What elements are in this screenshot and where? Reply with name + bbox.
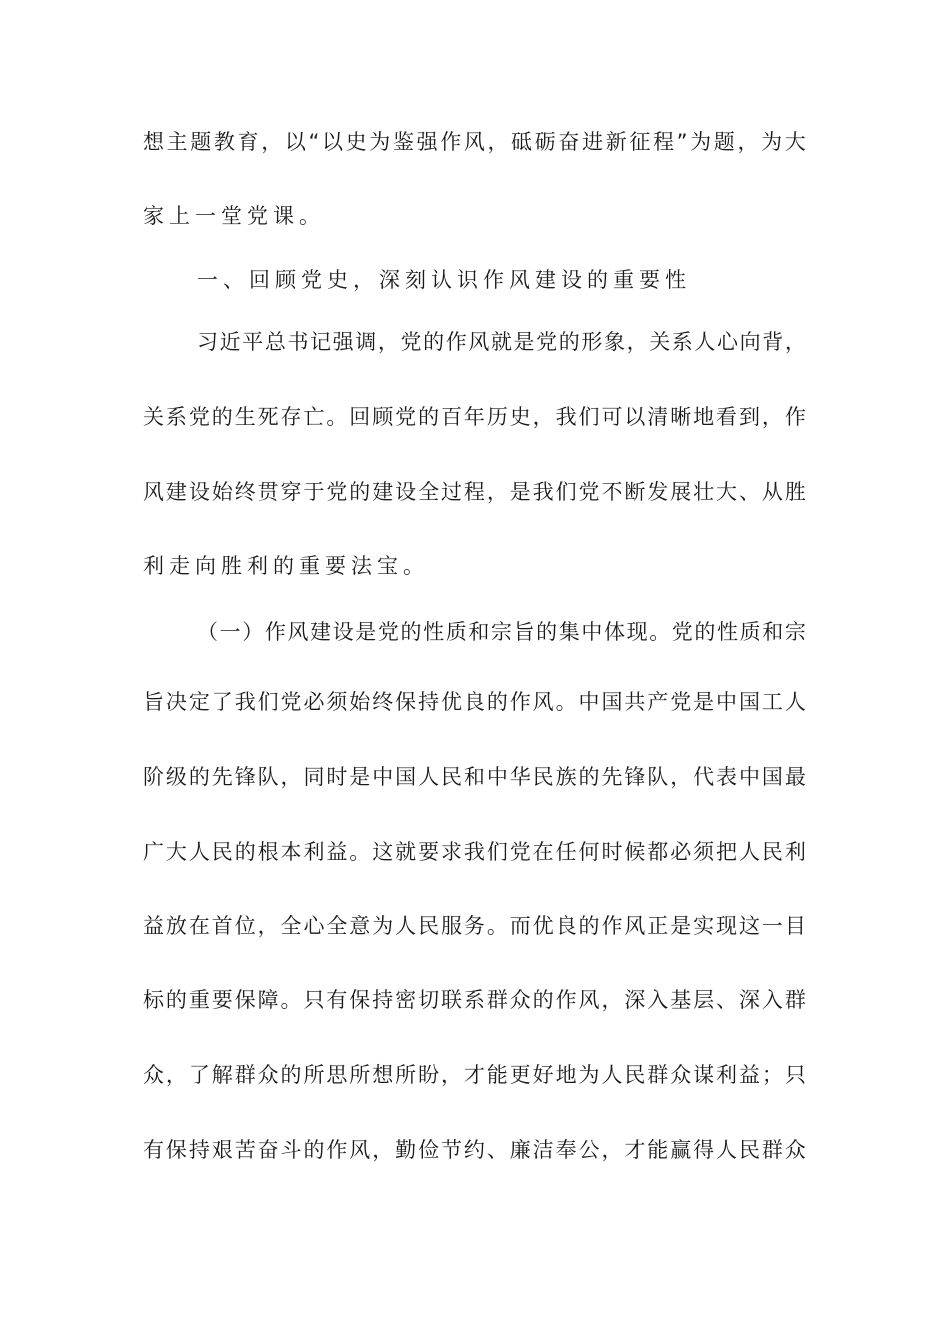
glyph: 好 bbox=[533, 1060, 554, 1090]
glyph: 才 bbox=[464, 1060, 485, 1090]
glyph: 作 bbox=[440, 127, 461, 157]
glyph: 任 bbox=[556, 837, 577, 867]
glyph: 重 bbox=[189, 985, 210, 1015]
line-text: 习近平总书记强调，党的作风就是党的形象，关系人心向背， bbox=[197, 327, 806, 357]
glyph: 保 bbox=[235, 985, 256, 1015]
glyph: 胜 bbox=[785, 477, 806, 507]
glyph: 党 bbox=[395, 402, 416, 432]
glyph: 共 bbox=[624, 687, 645, 717]
glyph: 根 bbox=[258, 837, 279, 867]
glyph: 全 bbox=[418, 477, 439, 507]
glyph: 众 bbox=[510, 985, 531, 1015]
glyph: 。 bbox=[326, 402, 347, 432]
glyph: 众 bbox=[785, 1135, 806, 1165]
glyph: 位 bbox=[235, 911, 256, 941]
glyph: 为 bbox=[579, 1060, 600, 1090]
glyph: 能 bbox=[647, 1135, 668, 1165]
glyph: 优 bbox=[533, 911, 554, 941]
glyph: 想 bbox=[143, 127, 164, 157]
glyph: 是 bbox=[693, 687, 714, 717]
glyph: 党 bbox=[189, 402, 210, 432]
glyph: 务 bbox=[464, 911, 485, 941]
glyph: 建 bbox=[166, 477, 187, 507]
glyph: 全 bbox=[281, 911, 302, 941]
glyph: 级 bbox=[166, 762, 187, 792]
glyph: 人 bbox=[418, 762, 439, 792]
paragraph-line: 习近平总书记强调，党的作风就是党的形象，关系人心向背， bbox=[197, 327, 806, 357]
line-text: 益放在首位，全心全意为人民服务。而优良的作风正是实现这一目 bbox=[143, 911, 806, 941]
glyph: 以 bbox=[322, 127, 343, 157]
glyph: 俭 bbox=[418, 1135, 439, 1165]
glyph: ， bbox=[441, 1060, 462, 1090]
glyph: 大 bbox=[785, 127, 806, 157]
glyph: 先 bbox=[212, 762, 233, 792]
glyph: ， bbox=[261, 127, 282, 157]
glyph: 勤 bbox=[395, 1135, 416, 1165]
glyph: ， bbox=[372, 1135, 393, 1165]
glyph: “ bbox=[308, 127, 319, 157]
glyph: 华 bbox=[510, 762, 531, 792]
glyph: ， bbox=[258, 911, 279, 941]
glyph: 我 bbox=[533, 477, 554, 507]
line-text: 有保持艰苦奋斗的作风，勤俭节约、廉洁奉公，才能赢得人民群众 bbox=[143, 1135, 806, 1165]
glyph: 关 bbox=[143, 402, 164, 432]
glyph: 书 bbox=[287, 327, 308, 357]
glyph: 中 bbox=[579, 687, 600, 717]
glyph: 民 bbox=[533, 762, 554, 792]
glyph: 中 bbox=[716, 687, 737, 717]
glyph: 心 bbox=[717, 327, 738, 357]
glyph: 基 bbox=[670, 985, 691, 1015]
glyph: 了 bbox=[212, 687, 233, 717]
glyph: 和 bbox=[762, 617, 783, 647]
glyph: 中 bbox=[581, 617, 602, 647]
glyph: 首 bbox=[212, 911, 233, 941]
glyph: 实 bbox=[693, 911, 714, 941]
glyph: 性 bbox=[717, 617, 738, 647]
paragraph-line: 旨决定了我们党必须始终保持优良的作风。中国共产党是中国工人 bbox=[143, 687, 806, 717]
glyph: 所 bbox=[395, 1060, 416, 1090]
glyph: 决 bbox=[166, 687, 187, 717]
glyph: 族 bbox=[556, 762, 577, 792]
document-page: 想主题教育，以“以史为鉴强作风，砥砺奋进新征程”为题，为大 家上一堂党课。 一、… bbox=[0, 0, 950, 1344]
glyph: 不 bbox=[601, 477, 622, 507]
glyph: 。 bbox=[556, 687, 577, 717]
glyph: 百 bbox=[441, 402, 462, 432]
glyph: 背 bbox=[762, 327, 783, 357]
glyph: 定 bbox=[189, 687, 210, 717]
glyph: 作 bbox=[326, 1135, 347, 1165]
glyph: 才 bbox=[624, 1135, 645, 1165]
glyph: 史 bbox=[346, 127, 367, 157]
glyph: 史 bbox=[510, 402, 531, 432]
glyph: 时 bbox=[601, 837, 622, 867]
glyph: 层 bbox=[693, 985, 714, 1015]
glyph: ， bbox=[601, 985, 622, 1015]
glyph: 在 bbox=[189, 911, 210, 941]
glyph: 党 bbox=[281, 687, 302, 717]
glyph: 思 bbox=[326, 1060, 347, 1090]
glyph: 大 bbox=[716, 477, 737, 507]
glyph: 人 bbox=[189, 837, 210, 867]
glyph: 是 bbox=[349, 762, 370, 792]
glyph: ， bbox=[627, 327, 648, 357]
glyph: 谋 bbox=[693, 1060, 714, 1090]
glyph: 时 bbox=[326, 762, 347, 792]
glyph: ， bbox=[785, 327, 806, 357]
glyph: 何 bbox=[579, 837, 600, 867]
glyph: 的 bbox=[281, 1060, 302, 1090]
glyph: 于 bbox=[303, 477, 324, 507]
glyph: 教 bbox=[214, 127, 235, 157]
paragraph-line: 想主题教育，以“以史为鉴强作风，砥砺奋进新征程”为题，为大 bbox=[143, 127, 806, 157]
glyph: 的 bbox=[579, 911, 600, 941]
glyph: 的 bbox=[423, 327, 444, 357]
glyph: 展 bbox=[670, 477, 691, 507]
glyph: 民 bbox=[212, 837, 233, 867]
glyph: 到 bbox=[739, 402, 760, 432]
glyph: 深 bbox=[624, 985, 645, 1015]
glyph: 我 bbox=[556, 402, 577, 432]
glyph: 中 bbox=[487, 762, 508, 792]
glyph: 保 bbox=[349, 985, 370, 1015]
glyph: 穿 bbox=[281, 477, 302, 507]
glyph: 主 bbox=[167, 127, 188, 157]
glyph: 以 bbox=[285, 127, 306, 157]
glyph: 心 bbox=[303, 911, 324, 941]
glyph: 必 bbox=[670, 837, 691, 867]
glyph: 奋 bbox=[558, 127, 579, 157]
glyph: 的 bbox=[559, 327, 580, 357]
glyph: 广 bbox=[143, 837, 164, 867]
glyph: 持 bbox=[372, 985, 393, 1015]
glyph: 风 bbox=[533, 687, 554, 717]
glyph: 风 bbox=[349, 1135, 370, 1165]
glyph: 都 bbox=[647, 837, 668, 867]
line-text: 众，了解群众的所思所想所盼，才能更好地为人民群众谋利益；只 bbox=[143, 1060, 806, 1090]
glyph: 强 bbox=[333, 327, 354, 357]
glyph: 体 bbox=[604, 617, 625, 647]
glyph: 想 bbox=[372, 1060, 393, 1090]
glyph: 地 bbox=[693, 402, 714, 432]
glyph: 更 bbox=[510, 1060, 531, 1090]
glyph: 联 bbox=[441, 985, 462, 1015]
glyph: 、 bbox=[716, 985, 737, 1015]
glyph: 宗 bbox=[785, 617, 806, 647]
glyph: 发 bbox=[647, 477, 668, 507]
glyph: 锋 bbox=[235, 762, 256, 792]
glyph: 程 bbox=[464, 477, 485, 507]
glyph: 全 bbox=[326, 911, 347, 941]
glyph: 党 bbox=[510, 837, 531, 867]
glyph: 众 bbox=[258, 1060, 279, 1090]
glyph: 质 bbox=[446, 617, 467, 647]
glyph: 是 bbox=[514, 327, 535, 357]
glyph: 须 bbox=[693, 837, 714, 867]
paragraph-line: 阶级的先锋队，同时是中国人民和中华民族的先锋队，代表中国最 bbox=[143, 762, 806, 792]
glyph: 是 bbox=[670, 911, 691, 941]
glyph: 候 bbox=[624, 837, 645, 867]
glyph: 民 bbox=[762, 837, 783, 867]
glyph: 益 bbox=[143, 911, 164, 941]
glyph: 锋 bbox=[624, 762, 645, 792]
glyph: 入 bbox=[762, 985, 783, 1015]
line-text: 关系党的生死存亡。回顾党的百年历史，我们可以清晰地看到，作 bbox=[143, 402, 806, 432]
glyph: 这 bbox=[372, 837, 393, 867]
glyph: 中 bbox=[372, 762, 393, 792]
glyph: 同 bbox=[303, 762, 324, 792]
glyph: 象 bbox=[604, 327, 625, 357]
glyph: ， bbox=[601, 1135, 622, 1165]
glyph: 的 bbox=[349, 477, 370, 507]
glyph: 盼 bbox=[418, 1060, 439, 1090]
glyph: 公 bbox=[579, 1135, 600, 1165]
paragraph-line: 关系党的生死存亡。回顾党的百年历史，我们可以清晰地看到，作 bbox=[143, 402, 806, 432]
glyph: 鉴 bbox=[393, 127, 414, 157]
glyph: 这 bbox=[739, 911, 760, 941]
glyph: 意 bbox=[349, 911, 370, 941]
glyph: 放 bbox=[166, 911, 187, 941]
glyph: 近 bbox=[220, 327, 241, 357]
glyph: 国 bbox=[739, 687, 760, 717]
glyph: 终 bbox=[372, 687, 393, 717]
glyph: 习 bbox=[197, 327, 218, 357]
glyph: 产 bbox=[647, 687, 668, 717]
glyph: （ bbox=[197, 617, 218, 647]
glyph: 现 bbox=[716, 911, 737, 941]
glyph: 艰 bbox=[212, 1135, 233, 1165]
glyph: 作 bbox=[446, 327, 467, 357]
glyph: 众 bbox=[143, 1060, 164, 1090]
glyph: ， bbox=[762, 402, 783, 432]
glyph: 风 bbox=[468, 327, 489, 357]
paragraph-line: 家上一堂党课。 bbox=[143, 201, 806, 231]
glyph: 集 bbox=[559, 617, 580, 647]
glyph: 本 bbox=[281, 837, 302, 867]
glyph: ， bbox=[378, 327, 399, 357]
glyph: 人 bbox=[785, 687, 806, 717]
glyph: 只 bbox=[303, 985, 324, 1015]
glyph: 人 bbox=[395, 911, 416, 941]
glyph: 们 bbox=[487, 837, 508, 867]
glyph: 党 bbox=[378, 617, 399, 647]
glyph: 进 bbox=[582, 127, 603, 157]
glyph: 洁 bbox=[533, 1135, 554, 1165]
glyph: 和 bbox=[464, 762, 485, 792]
glyph: 、 bbox=[739, 477, 760, 507]
glyph: 题 bbox=[190, 127, 211, 157]
glyph: 看 bbox=[716, 402, 737, 432]
glyph: 大 bbox=[166, 837, 187, 867]
glyph: 有 bbox=[143, 1135, 164, 1165]
paragraph-line: 众，了解群众的所思所想所盼，才能更好地为人民群众谋利益；只 bbox=[143, 1060, 806, 1090]
glyph: 人 bbox=[694, 327, 715, 357]
glyph: 一 bbox=[220, 617, 241, 647]
glyph: 的 bbox=[418, 402, 439, 432]
glyph: 们 bbox=[258, 687, 279, 717]
glyph: 益 bbox=[739, 1060, 760, 1090]
glyph: 只 bbox=[785, 1060, 806, 1090]
glyph: 断 bbox=[624, 477, 645, 507]
glyph: 回 bbox=[349, 402, 370, 432]
glyph: 历 bbox=[487, 402, 508, 432]
paragraph-line: 广大人民的根本利益。这就要求我们党在任何时候都必须把人民利 bbox=[143, 837, 806, 867]
paragraph-line: 利走向胜利的重要法宝。 bbox=[143, 551, 806, 581]
glyph: 们 bbox=[579, 402, 600, 432]
glyph: 作 bbox=[601, 911, 622, 941]
glyph: 风 bbox=[579, 985, 600, 1015]
glyph: 了 bbox=[189, 1060, 210, 1090]
glyph: 苦 bbox=[235, 1135, 256, 1165]
glyph: 利 bbox=[785, 837, 806, 867]
glyph: 人 bbox=[739, 837, 760, 867]
glyph: 利 bbox=[303, 837, 324, 867]
glyph: 解 bbox=[212, 1060, 233, 1090]
line-text: 利走向胜利的重要法宝。 bbox=[143, 551, 429, 581]
glyph: 良 bbox=[556, 911, 577, 941]
glyph: 过 bbox=[441, 477, 462, 507]
line-text: 风建设始终贯穿于党的建设全过程，是我们党不断发展壮大、从胜 bbox=[143, 477, 806, 507]
glyph: 民 bbox=[624, 1060, 645, 1090]
glyph: 民 bbox=[441, 762, 462, 792]
glyph: 总 bbox=[265, 327, 286, 357]
glyph: 国 bbox=[395, 762, 416, 792]
line-text: 家上一堂党课。 bbox=[143, 201, 325, 231]
glyph: 把 bbox=[716, 837, 737, 867]
glyph: 求 bbox=[441, 837, 462, 867]
line-text: 想主题教育，以“以史为鉴强作风，砥砺奋进新征程”为题，为大 bbox=[143, 127, 806, 157]
glyph: 的 bbox=[235, 837, 256, 867]
glyph: 平 bbox=[242, 327, 263, 357]
glyph: 良 bbox=[464, 687, 485, 717]
glyph: 记 bbox=[310, 327, 331, 357]
glyph: 队 bbox=[258, 762, 279, 792]
glyph: 晰 bbox=[670, 402, 691, 432]
glyph: 生 bbox=[235, 402, 256, 432]
heading-text: 一、回顾党史，深刻认识作风建设的重要性 bbox=[197, 265, 691, 295]
glyph: 为 bbox=[761, 127, 782, 157]
glyph: 存 bbox=[281, 402, 302, 432]
glyph: 的 bbox=[212, 402, 233, 432]
glyph: 的 bbox=[400, 617, 421, 647]
glyph: 作 bbox=[510, 687, 531, 717]
glyph: ； bbox=[762, 1060, 783, 1090]
glyph: 为 bbox=[690, 127, 711, 157]
glyph: 党 bbox=[670, 687, 691, 717]
paragraph-line: 风建设始终贯穿于党的建设全过程，是我们党不断发展壮大、从胜 bbox=[143, 477, 806, 507]
line-text: 广大人民的根本利益。这就要求我们党在任何时候都必须把人民利 bbox=[143, 837, 806, 867]
glyph: 壮 bbox=[693, 477, 714, 507]
glyph: 的 bbox=[579, 762, 600, 792]
glyph: 群 bbox=[235, 1060, 256, 1090]
glyph: 障 bbox=[258, 985, 279, 1015]
glyph: 。 bbox=[281, 985, 302, 1015]
glyph: 深 bbox=[739, 985, 760, 1015]
glyph: 设 bbox=[333, 617, 354, 647]
glyph: 就 bbox=[395, 837, 416, 867]
glyph: 队 bbox=[647, 762, 668, 792]
glyph: 表 bbox=[716, 762, 737, 792]
glyph: 人 bbox=[716, 1135, 737, 1165]
glyph: 贯 bbox=[258, 477, 279, 507]
glyph: 我 bbox=[464, 837, 485, 867]
glyph: 我 bbox=[235, 687, 256, 717]
glyph: 是 bbox=[355, 617, 376, 647]
glyph: 利 bbox=[716, 1060, 737, 1090]
paragraph-line: 有保持艰苦奋斗的作风，勤俭节约、廉洁奉公，才能赢得人民群众 bbox=[143, 1135, 806, 1165]
glyph: 要 bbox=[212, 985, 233, 1015]
glyph: 优 bbox=[441, 687, 462, 717]
glyph: 节 bbox=[441, 1135, 462, 1165]
glyph: 征 bbox=[629, 127, 650, 157]
paragraph-line: 益放在首位，全心全意为人民服务。而优良的作风正是实现这一目 bbox=[143, 911, 806, 941]
glyph: 国 bbox=[762, 762, 783, 792]
glyph: 育 bbox=[238, 127, 259, 157]
glyph: 始 bbox=[349, 687, 370, 717]
glyph: 所 bbox=[303, 1060, 324, 1090]
glyph: 所 bbox=[349, 1060, 370, 1090]
glyph: 阶 bbox=[143, 762, 164, 792]
line-text: 标的重要保障。只有保持密切联系群众的作风，深入基层、深入群 bbox=[143, 985, 806, 1015]
glyph: 关 bbox=[649, 327, 670, 357]
glyph: 群 bbox=[647, 1060, 668, 1090]
glyph: ， bbox=[670, 762, 691, 792]
glyph: 风 bbox=[287, 617, 308, 647]
glyph: 廉 bbox=[510, 1135, 531, 1165]
glyph: 的 bbox=[536, 617, 557, 647]
glyph: 代 bbox=[693, 762, 714, 792]
glyph: 群 bbox=[785, 985, 806, 1015]
glyph: 群 bbox=[762, 1135, 783, 1165]
glyph: 就 bbox=[491, 327, 512, 357]
glyph: 有 bbox=[326, 985, 347, 1015]
glyph: 是 bbox=[510, 477, 531, 507]
glyph: 要 bbox=[418, 837, 439, 867]
glyph: 宗 bbox=[491, 617, 512, 647]
glyph: 目 bbox=[785, 911, 806, 941]
glyph: 性 bbox=[423, 617, 444, 647]
glyph: 建 bbox=[372, 477, 393, 507]
glyph: 一 bbox=[762, 911, 783, 941]
glyph: ， bbox=[533, 402, 554, 432]
glyph: 作 bbox=[785, 402, 806, 432]
glyph: 持 bbox=[189, 1135, 210, 1165]
glyph: 年 bbox=[464, 402, 485, 432]
glyph: 强 bbox=[417, 127, 438, 157]
glyph: 正 bbox=[647, 911, 668, 941]
glyph: 程 bbox=[653, 127, 674, 157]
glyph: ， bbox=[166, 1060, 187, 1090]
glyph: 群 bbox=[487, 985, 508, 1015]
glyph: 风 bbox=[624, 911, 645, 941]
glyph: 先 bbox=[601, 762, 622, 792]
glyph: 在 bbox=[533, 837, 554, 867]
glyph: 党 bbox=[579, 477, 600, 507]
glyph: 民 bbox=[739, 1135, 760, 1165]
glyph: 国 bbox=[601, 687, 622, 717]
glyph: 民 bbox=[418, 911, 439, 941]
glyph: 地 bbox=[556, 1060, 577, 1090]
glyph: 。 bbox=[349, 837, 370, 867]
glyph: 以 bbox=[624, 402, 645, 432]
glyph: 和 bbox=[468, 617, 489, 647]
glyph: 最 bbox=[785, 762, 806, 792]
glyph: ， bbox=[737, 127, 758, 157]
glyph: 系 bbox=[464, 985, 485, 1015]
glyph: 中 bbox=[739, 762, 760, 792]
glyph: 死 bbox=[258, 402, 279, 432]
glyph: 得 bbox=[693, 1135, 714, 1165]
